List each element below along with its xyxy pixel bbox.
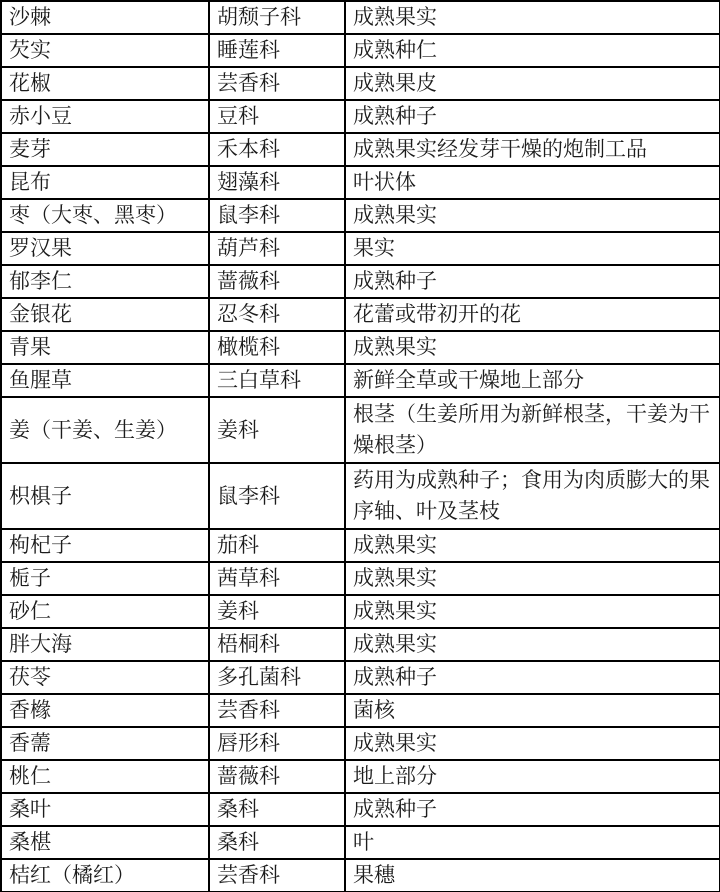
used-part-cell: 药用为成熟种子；食用为肉质膨大的果序轴、叶及茎枝 bbox=[345, 463, 720, 529]
table-row: 桑椹 桑科 叶 bbox=[1, 826, 720, 859]
used-part-cell: 成熟果实 bbox=[345, 595, 720, 628]
used-part-cell: 地上部分 bbox=[345, 760, 720, 793]
herb-source-table: 沙棘 胡颓子科 成熟果实 芡实 睡莲科 成熟种仁 花椒 芸香科 成熟果皮 赤小豆… bbox=[0, 0, 720, 892]
table-row: 栀子 茜草科 成熟果实 bbox=[1, 562, 720, 595]
herb-name-cell: 香橼 bbox=[1, 694, 209, 727]
table-row: 金银花 忍冬科 花蕾或带初开的花 bbox=[1, 298, 720, 331]
used-part-cell: 成熟果实 bbox=[345, 1, 720, 34]
used-part-cell: 新鲜全草或干燥地上部分 bbox=[345, 364, 720, 397]
used-part-cell: 成熟果实 bbox=[345, 199, 720, 232]
herb-name-cell: 枳椇子 bbox=[1, 463, 209, 529]
family-cell: 芸香科 bbox=[209, 67, 345, 100]
family-cell: 橄榄科 bbox=[209, 331, 345, 364]
used-part-cell: 成熟果实 bbox=[345, 562, 720, 595]
used-part-cell: 果实 bbox=[345, 232, 720, 265]
table-row: 沙棘 胡颓子科 成熟果实 bbox=[1, 1, 720, 34]
herb-name-cell: 麦芽 bbox=[1, 133, 209, 166]
herb-name-cell: 枣（大枣、黑枣） bbox=[1, 199, 209, 232]
used-part-cell: 成熟果实 bbox=[345, 727, 720, 760]
family-cell: 芸香科 bbox=[209, 859, 345, 892]
table-row: 砂仁 姜科 成熟果实 bbox=[1, 595, 720, 628]
table-row: 昆布 翅藻科 叶状体 bbox=[1, 166, 720, 199]
herb-name-cell: 郁李仁 bbox=[1, 265, 209, 298]
family-cell: 蔷薇科 bbox=[209, 265, 345, 298]
used-part-cell: 果穗 bbox=[345, 859, 720, 892]
herb-name-cell: 青果 bbox=[1, 331, 209, 364]
family-cell: 梧桐科 bbox=[209, 628, 345, 661]
used-part-cell: 成熟果实 bbox=[345, 331, 720, 364]
table-row: 芡实 睡莲科 成熟种仁 bbox=[1, 34, 720, 67]
family-cell: 唇形科 bbox=[209, 727, 345, 760]
family-cell: 姜科 bbox=[209, 397, 345, 463]
table-row: 赤小豆 豆科 成熟种子 bbox=[1, 100, 720, 133]
table-row: 香薷 唇形科 成熟果实 bbox=[1, 727, 720, 760]
table-row: 桃仁 蔷薇科 地上部分 bbox=[1, 760, 720, 793]
family-cell: 葫芦科 bbox=[209, 232, 345, 265]
table-row: 青果 橄榄科 成熟果实 bbox=[1, 331, 720, 364]
herb-name-cell: 罗汉果 bbox=[1, 232, 209, 265]
herb-name-cell: 茯苓 bbox=[1, 661, 209, 694]
used-part-cell: 叶 bbox=[345, 826, 720, 859]
table-body: 沙棘 胡颓子科 成熟果实 芡实 睡莲科 成熟种仁 花椒 芸香科 成熟果皮 赤小豆… bbox=[1, 1, 720, 892]
family-cell: 胡颓子科 bbox=[209, 1, 345, 34]
family-cell: 多孔菌科 bbox=[209, 661, 345, 694]
herb-name-cell: 桔红（橘红） bbox=[1, 859, 209, 892]
used-part-cell: 叶状体 bbox=[345, 166, 720, 199]
table-row: 枸杞子 茄科 成熟果实 bbox=[1, 529, 720, 562]
table-row: 鱼腥草 三白草科 新鲜全草或干燥地上部分 bbox=[1, 364, 720, 397]
used-part-cell: 成熟种子 bbox=[345, 100, 720, 133]
herb-name-cell: 胖大海 bbox=[1, 628, 209, 661]
herb-name-cell: 赤小豆 bbox=[1, 100, 209, 133]
table-row: 罗汉果 葫芦科 果实 bbox=[1, 232, 720, 265]
family-cell: 桑科 bbox=[209, 826, 345, 859]
herb-name-cell: 沙棘 bbox=[1, 1, 209, 34]
used-part-cell: 成熟种子 bbox=[345, 265, 720, 298]
family-cell: 鼠李科 bbox=[209, 199, 345, 232]
table-row: 麦芽 禾本科 成熟果实经发芽干燥的炮制工品 bbox=[1, 133, 720, 166]
herb-name-cell: 金银花 bbox=[1, 298, 209, 331]
herb-name-cell: 鱼腥草 bbox=[1, 364, 209, 397]
table-row: 郁李仁 蔷薇科 成熟种子 bbox=[1, 265, 720, 298]
used-part-cell: 成熟果实 bbox=[345, 529, 720, 562]
table-row: 胖大海 梧桐科 成熟果实 bbox=[1, 628, 720, 661]
family-cell: 芸香科 bbox=[209, 694, 345, 727]
table-row: 桑叶 桑科 成熟种子 bbox=[1, 793, 720, 826]
table-row: 花椒 芸香科 成熟果皮 bbox=[1, 67, 720, 100]
used-part-cell: 成熟种仁 bbox=[345, 34, 720, 67]
herb-name-cell: 枸杞子 bbox=[1, 529, 209, 562]
family-cell: 鼠李科 bbox=[209, 463, 345, 529]
herb-name-cell: 花椒 bbox=[1, 67, 209, 100]
used-part-cell: 成熟果实 bbox=[345, 628, 720, 661]
herb-name-cell: 桃仁 bbox=[1, 760, 209, 793]
used-part-cell: 成熟种子 bbox=[345, 661, 720, 694]
table-row: 香橼 芸香科 菌核 bbox=[1, 694, 720, 727]
family-cell: 三白草科 bbox=[209, 364, 345, 397]
family-cell: 茄科 bbox=[209, 529, 345, 562]
family-cell: 忍冬科 bbox=[209, 298, 345, 331]
table-row: 枳椇子 鼠李科 药用为成熟种子；食用为肉质膨大的果序轴、叶及茎枝 bbox=[1, 463, 720, 529]
table-row: 茯苓 多孔菌科 成熟种子 bbox=[1, 661, 720, 694]
used-part-cell: 菌核 bbox=[345, 694, 720, 727]
herb-name-cell: 姜（干姜、生姜） bbox=[1, 397, 209, 463]
used-part-cell: 成熟果实经发芽干燥的炮制工品 bbox=[345, 133, 720, 166]
family-cell: 茜草科 bbox=[209, 562, 345, 595]
herb-name-cell: 桑叶 bbox=[1, 793, 209, 826]
family-cell: 禾本科 bbox=[209, 133, 345, 166]
used-part-cell: 根茎（生姜所用为新鲜根茎，干姜为干燥根茎） bbox=[345, 397, 720, 463]
herb-name-cell: 芡实 bbox=[1, 34, 209, 67]
family-cell: 翅藻科 bbox=[209, 166, 345, 199]
herb-name-cell: 昆布 bbox=[1, 166, 209, 199]
family-cell: 姜科 bbox=[209, 595, 345, 628]
family-cell: 豆科 bbox=[209, 100, 345, 133]
herb-name-cell: 香薷 bbox=[1, 727, 209, 760]
herb-name-cell: 桑椹 bbox=[1, 826, 209, 859]
table-row: 枣（大枣、黑枣） 鼠李科 成熟果实 bbox=[1, 199, 720, 232]
used-part-cell: 花蕾或带初开的花 bbox=[345, 298, 720, 331]
family-cell: 睡莲科 bbox=[209, 34, 345, 67]
herb-name-cell: 砂仁 bbox=[1, 595, 209, 628]
table-row: 桔红（橘红） 芸香科 果穗 bbox=[1, 859, 720, 892]
table-row: 姜（干姜、生姜） 姜科 根茎（生姜所用为新鲜根茎，干姜为干燥根茎） bbox=[1, 397, 720, 463]
used-part-cell: 成熟种子 bbox=[345, 793, 720, 826]
family-cell: 蔷薇科 bbox=[209, 760, 345, 793]
family-cell: 桑科 bbox=[209, 793, 345, 826]
used-part-cell: 成熟果皮 bbox=[345, 67, 720, 100]
herb-name-cell: 栀子 bbox=[1, 562, 209, 595]
